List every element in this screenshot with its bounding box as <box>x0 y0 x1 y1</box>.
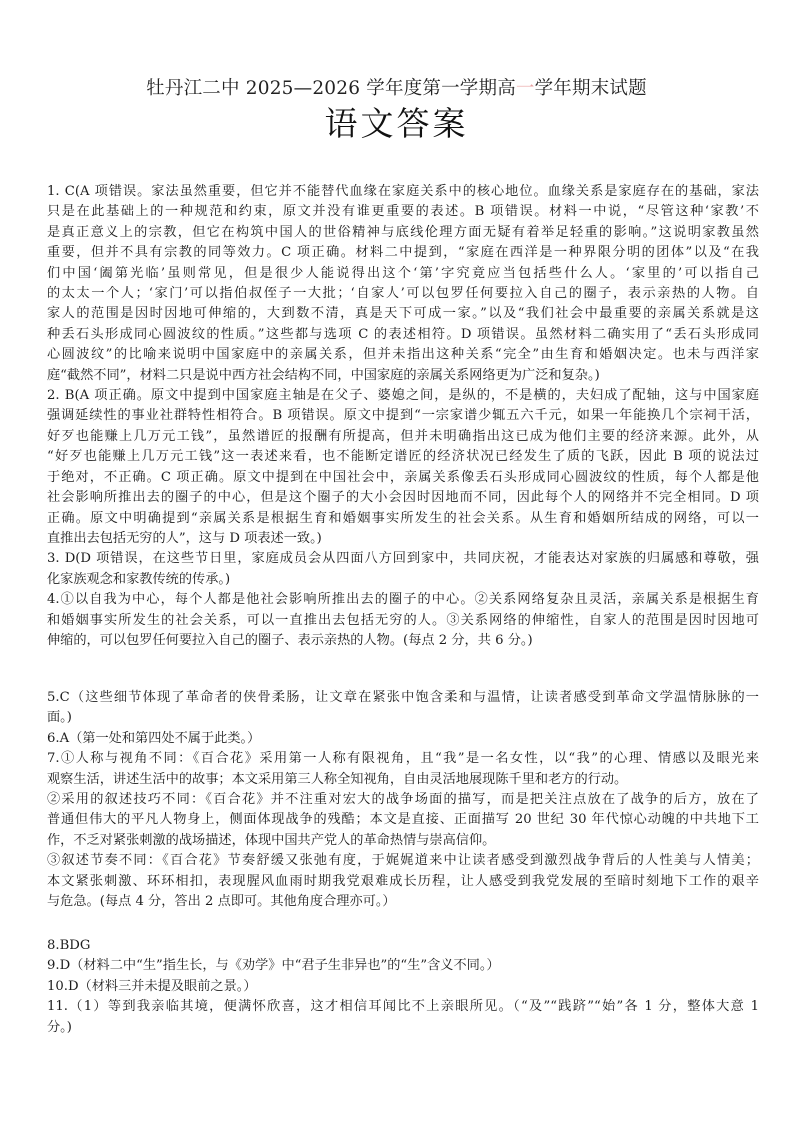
answer-line: 5.C（这些细节体现了革命者的侠骨柔肠，让文章在紧张中饱含柔和与温情，让读者感受… <box>47 688 759 708</box>
answer-line: 6.A（第一处和第四处不属于此类。） <box>47 729 759 749</box>
exam-title-pre: 牡丹江二中 2025—2026 学年度第一学期高 <box>146 78 516 99</box>
answer-line: “好歹也能赚上几万元工钱”这一表述来看，也不能断定谱匠的经济状况已经发生了质的飞… <box>47 447 759 467</box>
answer-line: 是真正意义上的宗教，但它在构筑中国人的世俗精神与底线伦理方面无疑有着举足轻重的影… <box>47 223 759 243</box>
answer-line: 社会影响所推出去的圈子的中心，但是这个圈子的大小会因时因地而不同，因此每个人的网… <box>47 488 759 508</box>
answer-line: 好歹也能赚上几万元工钱”，虽然谱匠的报酬有所提高，但并未明确指出这已成为他们主要… <box>47 427 759 447</box>
answer-line: 们中国‘阖第光临’虽则常见，但是很少人能说得出这个‘第’字究竟应当包括些什么人。… <box>47 264 759 284</box>
answer-q7: 7.①人称与视角不同：《百合花》采用第一人称有限视角，且“我”是一名女性，以“我… <box>47 749 759 912</box>
answer-line: 与危急。(每点 4 分，答出 2 点即可。其他角度合理亦可。） <box>47 892 759 912</box>
answer-line: 的太太一个人；‘家门’可以指伯叔侄子一大批；‘自家人’可以包罗任何要拉入自己的圈… <box>47 284 759 304</box>
exam-title: 牡丹江二中 2025—2026 学年度第一学期高一学年期末试题 <box>0 74 793 100</box>
answer-line: 化家族观念和家教传统的传承。) <box>47 570 759 590</box>
answer-q2: 2. B(A 项正确。原文中提到中国家庭主轴是在父子、婆媳之间，是纵的，不是横的… <box>47 386 759 549</box>
answer-line: 于绝对，不正确。C 项正确。原文中提到在中国社会中，亲属关系像丢石头形成同心圆波… <box>47 468 759 488</box>
answers-section-reading-1: 1. C(A 项错误。家法虽然重要，但它并不能替代血缘在家庭关系中的核心地位。血… <box>47 182 759 651</box>
exam-title-post: 学年期末试题 <box>535 78 647 99</box>
answer-line: 和婚姻事实所发生的社会关系，可以一直推出去包括无穷的人。③关系网络的伸缩性，自家… <box>47 611 759 631</box>
answer-line: 种丢石头形成同心圆波纹的性质。”这些都与选项 C 的表述相符。D 项错误。虽然材… <box>47 325 759 345</box>
answer-line: 强调延续性的事业社群特性相符合。B 项错误。原文中提到“一宗家谱少辄五六千元，如… <box>47 406 759 426</box>
answer-line: 3. D(D 项错误，在这些节日里，家庭成员会从四面八方回到家中，共同庆祝，才能… <box>47 549 759 569</box>
answer-line: 庭“截然不同”，材料二只是说中西方社会结构不同，中国家庭的亲属关系网络更为广泛和… <box>47 366 759 386</box>
answer-q10: 10.D（材料三并未提及眼前之景。） <box>47 977 759 997</box>
answer-q1: 1. C(A 项错误。家法虽然重要，但它并不能替代血缘在家庭关系中的核心地位。血… <box>47 182 759 386</box>
answer-line: 9.D（材料二中“生”指生长，与《劝学》中“君子生非异也”的“生”含义不同。） <box>47 956 759 976</box>
answer-line: ③叙述节奏不同：《百合花》节奏舒缓又张弛有度，于娓娓道来中让读者感受到激烈战争背… <box>47 851 759 871</box>
answer-line: 家人的范围是因时因地可伸缩的，大到数不清，真是天下可成一家。”以及“我们社会中最… <box>47 304 759 324</box>
answer-q6: 6.A（第一处和第四处不属于此类。） <box>47 729 759 749</box>
answer-line: 4.①以自我为中心，每个人都是他社会影响所推出去的圈子的中心。②关系网络复杂且灵… <box>47 590 759 610</box>
answer-line: 分。) <box>47 1018 759 1038</box>
answers-section-classical: 8.BDG 9.D（材料二中“生”指生长，与《劝学》中“君子生非异也”的“生”含… <box>47 936 759 1038</box>
answer-line: 伸缩的，可以包罗任何要拉入自己的圈子、表示亲热的人物。(每点 2 分，共 6 分… <box>47 631 759 651</box>
answer-line: 8.BDG <box>47 936 759 956</box>
answer-line: 本文紧张刺激、环环相扣，表现腥风血雨时期我党艰难成长历程，让人感受到我党发展的至… <box>47 872 759 892</box>
answer-line: 面。) <box>47 708 759 728</box>
answer-line: 10.D（材料三并未提及眼前之景。） <box>47 977 759 997</box>
answer-line: ②采用的叙述技巧不同：《百合花》并不注重对宏大的战争场面的描写，而是把关注点放在… <box>47 790 759 810</box>
answer-line: 普通但伟大的平凡人物身上，侧面体现战争的残酷；本文是直接、正面描写 20 世纪 … <box>47 810 759 830</box>
answer-sheet-page: 牡丹江二中 2025—2026 学年度第一学期高一学年期末试题 语文答案 1. … <box>0 0 793 1122</box>
answer-line: 直推出去包括无穷的人”，这与 D 项表述一致。) <box>47 529 759 549</box>
answer-line: 作，不乏对紧张刺激的战场描述，体现中国共产党人的革命热情与崇高信仰。 <box>47 831 759 851</box>
answer-q4: 4.①以自我为中心，每个人都是他社会影响所推出去的圈子的中心。②关系网络复杂且灵… <box>47 590 759 651</box>
answer-line: 2. B(A 项正确。原文中提到中国家庭主轴是在父子、婆媳之间，是纵的，不是横的… <box>47 386 759 406</box>
answer-q11: 11.（1）等到我亲临其境，便满怀欣喜，这才相信耳闻比不上亲眼所见。（“及”“践… <box>47 997 759 1038</box>
answer-line: 1. C(A 项错误。家法虽然重要，但它并不能替代血缘在家庭关系中的核心地位。血… <box>47 182 759 202</box>
answer-q3: 3. D(D 项错误，在这些节日里，家庭成员会从四面八方回到家中，共同庆祝，才能… <box>47 549 759 590</box>
answer-line: 重要，但并不具有宗教的同等效力。C 项正确。材料二中提到，“家庭在西洋是一种界限… <box>47 243 759 263</box>
answer-line: 观察生活，讲述生活中的故事；本文采用第三人称全知视角，自由灵活地展现陈千里和老方… <box>47 770 759 790</box>
answer-line: 心圆波纹”的比喻来说明中国家庭中的亲属关系，但并未指出这种关系“完全”由生育和婚… <box>47 345 759 365</box>
answer-q9: 9.D（材料二中“生”指生长，与《劝学》中“君子生非异也”的“生”含义不同。） <box>47 956 759 976</box>
answer-line: 7.①人称与视角不同：《百合花》采用第一人称有限视角，且“我”是一名女性，以“我… <box>47 749 759 769</box>
document-title: 语文答案 <box>0 98 793 145</box>
answer-line: 11.（1）等到我亲临其境，便满怀欣喜，这才相信耳闻比不上亲眼所见。（“及”“践… <box>47 997 759 1017</box>
answer-q8: 8.BDG <box>47 936 759 956</box>
answer-line: 正确。原文中明确提到“亲属关系是根据生育和婚姻事实所发生的社会关系。从生育和婚姻… <box>47 509 759 529</box>
exam-title-grade-mark: 一 <box>516 78 535 99</box>
answer-line: 只是在此基础上的一种规范和约束，原文并没有谁更重要的表述。B 项错误。材料一中说… <box>47 202 759 222</box>
answer-q5: 5.C（这些细节体现了革命者的侠骨柔肠，让文章在紧张中饱含柔和与温情，让读者感受… <box>47 688 759 729</box>
answers-section-reading-2: 5.C（这些细节体现了革命者的侠骨柔肠，让文章在紧张中饱含柔和与温情，让读者感受… <box>47 688 759 912</box>
